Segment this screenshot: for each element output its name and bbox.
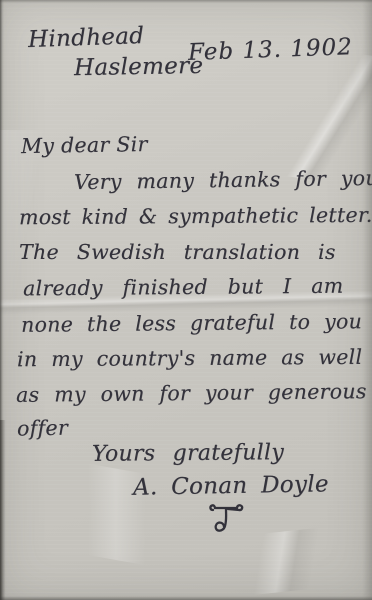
photo-edge-bottom (0, 596, 372, 600)
signature: A. Conan Doyle (133, 471, 329, 500)
body-line: already finished but I am (23, 274, 344, 301)
body-line: as my own for your generous (16, 379, 367, 407)
photo-edge-left-lower (0, 420, 7, 600)
heading-place-line2: Haslemere (74, 53, 204, 81)
photo-edge-left (0, 0, 4, 600)
body-line: in my country's name as well (17, 345, 362, 371)
body-line: Very many thanks for you (74, 166, 372, 194)
body-line: most kind & sympathetic letter. (19, 203, 372, 229)
letter-photograph: Hindhead Haslemere Feb 13. 1902 My dear … (0, 0, 372, 600)
heading-date: Feb 13. 1902 (188, 34, 354, 66)
heading-place-line1: Hindhead (28, 23, 145, 53)
body-line: The Swedish translation is (19, 240, 336, 264)
photo-edge-right (362, 0, 372, 600)
photo-edge-top (0, 0, 372, 3)
signature-paraph-icon (207, 502, 245, 544)
closing: Yours gratefully (92, 440, 284, 467)
salutation: My dear Sir (21, 132, 148, 158)
body-line: offer (17, 416, 68, 441)
paper-crease (14, 453, 227, 576)
body-line: none the less grateful to you (21, 309, 362, 337)
